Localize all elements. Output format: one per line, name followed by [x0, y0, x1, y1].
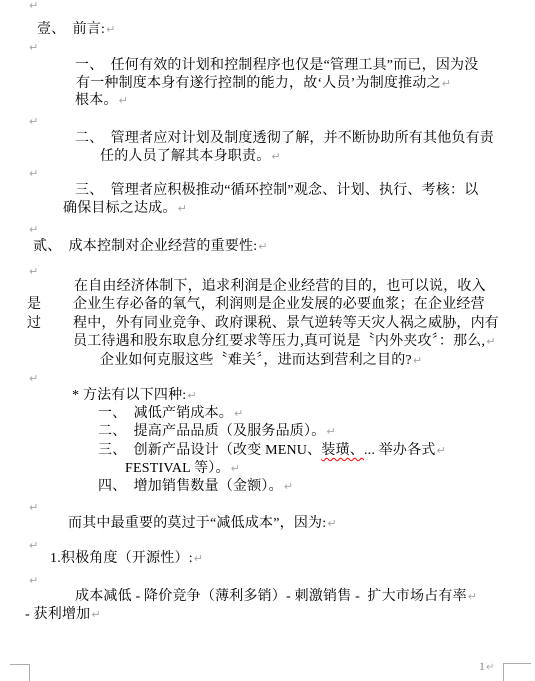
- pilcrow-icon: ↵: [257, 240, 267, 253]
- chain-line2-text: - 获利增加: [25, 607, 90, 622]
- crop-mark-bottom-right: [503, 663, 531, 681]
- importance-para-line3-text: 程中，外有同业竞争、政府课税、景气逆转等天灾人祸之威胁，内有: [73, 316, 499, 331]
- pilcrow-icon: ↵: [283, 480, 293, 493]
- section-heading-intro-text: 壹、 前言:: [37, 22, 105, 37]
- paragraph-mark: ↵: [28, 114, 38, 130]
- conclusion-line-text: 而其中最重要的莫过于“减低成本”，因为:: [68, 516, 326, 531]
- pilcrow-icon: ↵: [467, 590, 477, 603]
- importance-para-line1-text: 在自由经济体制下，追求利润是企业经营的目的，也可以说，收入: [74, 279, 486, 294]
- intro-point2-line1[interactable]: 二、 管理者应对计划及制度透彻了解，并不断协助所有其他负有责: [75, 131, 494, 147]
- pilcrow-icon: ↵: [177, 202, 187, 215]
- section-heading-importance-text: 贰、 成本控制对企业经营的重要性:: [33, 239, 257, 254]
- pilcrow-icon: ↵: [233, 407, 243, 420]
- methods-item-4-text: 四、 增加销售数量（金额）。: [98, 479, 283, 494]
- pilcrow-icon: ↵: [105, 23, 115, 36]
- paragraph-mark: ↵: [28, 0, 38, 14]
- pilcrow-icon: ↵: [90, 608, 100, 621]
- intro-point2-line1-text: 二、 管理者应对计划及制度透彻了解，并不断协助所有其他负有责: [75, 131, 494, 146]
- methods-item-3-text: 三、 创新产品设计（改变 MENU、: [98, 443, 321, 458]
- methods-item-3[interactable]: 三、 创新产品设计（改变 MENU、装璜、... 举办各式↵: [98, 443, 446, 459]
- pilcrow-icon: ↵: [28, 372, 38, 385]
- pilcrow-icon: ↵: [230, 462, 240, 475]
- importance-para-line3[interactable]: 程中，外有同业竞争、政府课税、景气逆转等天灾人祸之威胁，内有: [73, 316, 499, 332]
- importance-para-line4[interactable]: 员工待遇和股东取息分红要求等压力,真可说是〝内外夹攻〞：那么,↵: [73, 334, 496, 350]
- section-heading-importance[interactable]: 贰、 成本控制对企业经营的重要性:↵: [33, 239, 268, 255]
- methods-item-2-text: 二、 提高产品品质（及服务品质）。: [98, 424, 325, 439]
- intro-point1-line3[interactable]: 根本。↵: [75, 93, 128, 109]
- pilcrow-icon: ↵: [28, 41, 38, 54]
- chain-line2[interactable]: - 获利增加↵: [25, 607, 101, 623]
- paragraph-mark: ↵: [28, 538, 38, 554]
- importance-para-line2[interactable]: 企业生存必备的氧气，利润则是企业发展的必要血浆；在企业经营: [73, 297, 485, 313]
- pilcrow-icon: ↵: [326, 517, 336, 530]
- pilcrow-icon: ↵: [28, 167, 38, 180]
- crop-mark-bottom-left: [10, 664, 30, 681]
- pilcrow-icon: ↵: [485, 662, 494, 673]
- methods-title[interactable]: * 方法有以下四种:↵: [72, 388, 197, 404]
- intro-point1-line1[interactable]: 一、 任何有效的计划和控制程序也仅是“管理工具”而已，因为没: [75, 58, 478, 74]
- methods-item-4[interactable]: 四、 增加销售数量（金额）。↵: [98, 479, 293, 495]
- importance-para-line2-text: 企业生存必备的氧气，利润则是企业发展的必要血浆；在企业经营: [73, 297, 485, 312]
- pilcrow-icon: ↵: [28, 574, 38, 587]
- intro-point3-line1-text: 三、 管理者应积极推动“循环控制”观念、计划、执行、考核：以: [75, 183, 478, 198]
- paragraph-mark: ↵: [28, 264, 38, 280]
- intro-point1-line2[interactable]: 有一种制度本身有遂行控制的能力，故‘人员’为制度推动之↵: [76, 76, 451, 92]
- pilcrow-icon: ↵: [28, 115, 38, 128]
- intro-point3-line2-text: 确保目标之达成。: [63, 201, 177, 216]
- pilcrow-icon: ↵: [28, 265, 38, 278]
- paragraph-mark: ↵: [28, 500, 38, 516]
- pilcrow-icon: ↵: [485, 335, 495, 348]
- pilcrow-icon: ↵: [28, 539, 38, 552]
- pilcrow-icon: ↵: [28, 501, 38, 514]
- pilcrow-icon: ↵: [118, 94, 128, 107]
- methods-item-3-line2-text: FESTIVAL 等）。: [125, 461, 230, 476]
- intro-point1-line1-text: 一、 任何有效的计划和控制程序也仅是“管理工具”而已，因为没: [75, 58, 478, 73]
- pilcrow-icon: ↵: [436, 444, 446, 457]
- margin-overflow-char-2-text: 过: [27, 316, 41, 331]
- pilcrow-icon: ↵: [186, 389, 196, 402]
- chain-line1-text: 成本减低 - 降价竞争（薄利多销）- 刺激销售 - 扩大市场占有率: [75, 589, 467, 604]
- section-heading-intro[interactable]: 壹、 前言:↵: [37, 22, 116, 38]
- margin-overflow-char-2[interactable]: 过: [27, 316, 41, 332]
- pilcrow-icon: ↵: [412, 354, 422, 367]
- intro-point2-line2[interactable]: 任的人员了解其本身职责。↵: [100, 149, 281, 165]
- intro-point3-line1[interactable]: 三、 管理者应积极推动“循环控制”观念、计划、执行、考核：以: [75, 183, 478, 199]
- intro-point3-line2[interactable]: 确保目标之达成。↵: [63, 201, 187, 217]
- importance-para-line5-text: 企业如何克服这些〝难关〞，进而达到营利之目的?: [100, 353, 412, 368]
- pilcrow-icon: ↵: [325, 425, 335, 438]
- methods-item-1[interactable]: 一、 减低产销成本。↵: [98, 406, 243, 422]
- importance-para-line1[interactable]: 在自由经济体制下，追求利润是企业经营的目的，也可以说，收入: [74, 279, 486, 295]
- methods-item-2[interactable]: 二、 提高产品品质（及服务品质）。↵: [98, 424, 336, 440]
- paragraph-mark: ↵: [28, 166, 38, 182]
- paragraph-mark: ↵: [28, 371, 38, 387]
- pilcrow-icon: ↵: [28, 223, 38, 236]
- misspelled-word: 装璜、: [321, 443, 364, 458]
- paragraph-mark: ↵: [28, 40, 38, 56]
- document-page[interactable]: ↵ ↵ ↵ ↵ ↵ ↵ ↵ ↵ ↵ ↵ 壹、 前言:↵ 一、 任何有效的计划和控…: [0, 0, 535, 681]
- intro-point1-line2-text: 有一种制度本身有遂行控制的能力，故‘人员’为制度推动之: [76, 76, 441, 91]
- pilcrow-icon: ↵: [270, 150, 280, 163]
- importance-para-line4-text: 员工待遇和股东取息分红要求等压力,真可说是〝内外夹攻〞：那么,: [73, 334, 485, 349]
- margin-overflow-char-1-text: 是: [27, 297, 41, 312]
- importance-para-line5[interactable]: 企业如何克服这些〝难关〞，进而达到营利之目的?↵: [100, 353, 422, 369]
- margin-overflow-char-1[interactable]: 是: [27, 297, 41, 313]
- pilcrow-icon: ↵: [193, 552, 203, 565]
- methods-item-3-line2[interactable]: FESTIVAL 等）。↵: [125, 461, 240, 477]
- paragraph-mark: ↵: [28, 222, 38, 238]
- positive-angle-line[interactable]: 1.积极角度（开源性）:↵: [50, 551, 203, 567]
- page-number: 1↵: [479, 659, 494, 675]
- intro-point1-line3-text: 根本。: [75, 93, 118, 108]
- pilcrow-icon: ↵: [441, 77, 451, 90]
- conclusion-line[interactable]: 而其中最重要的莫过于“减低成本”，因为:↵: [68, 516, 337, 532]
- chain-line1[interactable]: 成本减低 - 降价竞争（薄利多销）- 刺激销售 - 扩大市场占有率↵: [75, 589, 477, 605]
- methods-title-text: * 方法有以下四种:: [72, 388, 186, 403]
- pilcrow-icon: ↵: [28, 0, 38, 12]
- methods-item-1-text: 一、 减低产销成本。: [98, 406, 233, 421]
- intro-point2-line2-text: 任的人员了解其本身职责。: [100, 149, 270, 164]
- positive-angle-line-text: 1.积极角度（开源性）:: [50, 551, 193, 566]
- paragraph-mark: ↵: [28, 573, 38, 589]
- methods-item-3-text-after: ... 举办各式: [364, 443, 436, 458]
